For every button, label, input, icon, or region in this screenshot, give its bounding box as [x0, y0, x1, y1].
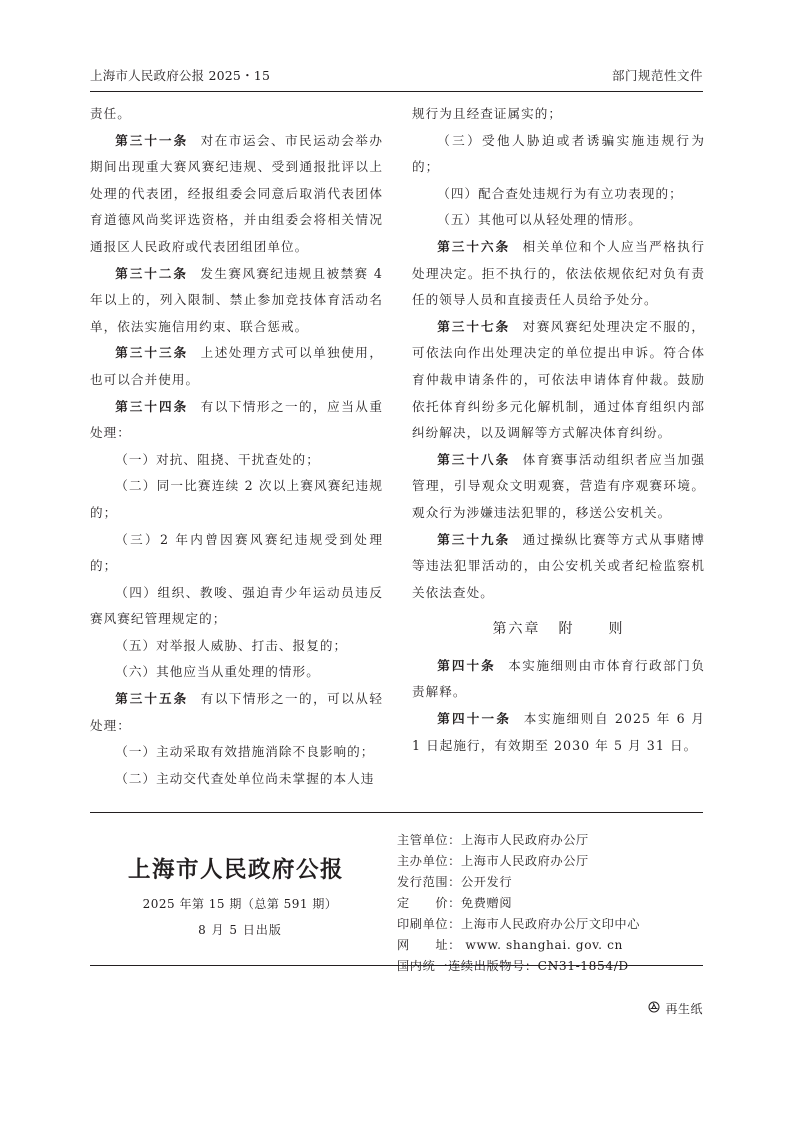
info-value[interactable]: www. shanghai. gov. cn — [461, 938, 623, 952]
article-label: 第三十二条 — [115, 266, 188, 281]
info-key: 国内统一连续出版物号 — [397, 959, 525, 973]
article-label: 第三十八条 — [437, 452, 510, 467]
masthead: 上海市人民政府公报 2025 年第 15 期（总第 591 期） 8 月 5 日… — [90, 855, 390, 938]
info-row: 印刷单位：上海市人民政府办公厅文印中心 — [397, 914, 707, 935]
list-item: （四）组织、教唆、强迫青少年运动员违反赛风赛纪管理规定的； — [90, 580, 383, 633]
paragraph-continuation: 责任。 — [90, 101, 383, 128]
article-label: 第四十条 — [437, 658, 496, 673]
info-separator: ： — [448, 938, 461, 952]
publication-info: 主管单位：上海市人民政府办公厅主办单位：上海市人民政府办公厅发行范围：公开发行定… — [397, 830, 707, 977]
article-paragraph: 第三十三条上述处理方式可以单独使用，也可以合并使用。 — [90, 340, 383, 393]
article-paragraph: 第三十八条体育赛事活动组织者应当加强管理，引导观众文明观赛，营造有序观赛环境。观… — [412, 447, 705, 527]
paragraph-continuation: 规行为且经查证属实的； — [412, 101, 705, 128]
masthead-date: 8 月 5 日出版 — [90, 921, 390, 938]
right-column: 规行为且经查证属实的；（三）受他人胁迫或者诱骗实施违规行为的；（四）配合查处违规… — [412, 101, 705, 759]
article-label: 第三十六条 — [437, 239, 510, 254]
list-item: （二）同一比赛连续 2 次以上赛风赛纪违规的； — [90, 473, 383, 526]
article-paragraph: 第四十条本实施细则由市体育行政部门负责解释。 — [412, 653, 705, 706]
chapter-title-part: 则 — [609, 621, 625, 637]
list-item: （六）其他应当从重处理的情形。 — [90, 659, 383, 686]
article-label: 第三十五条 — [115, 691, 188, 706]
info-key: 网 址 — [397, 938, 448, 952]
info-row: 网 址： www. shanghai. gov. cn — [397, 935, 707, 956]
recycled-paper-note: 再生纸 — [648, 1000, 703, 1017]
info-value: 上海市人民政府办公厅文印中心 — [461, 917, 640, 931]
info-row: 主办单位：上海市人民政府办公厅 — [397, 851, 707, 872]
info-key: 印刷单位 — [397, 917, 448, 931]
list-item: （五）对举报人威胁、打击、报复的； — [90, 633, 383, 660]
info-key: 主办单位 — [397, 854, 448, 868]
info-separator: ： — [448, 917, 461, 931]
info-separator: ： — [448, 875, 461, 889]
article-label: 第三十九条 — [437, 532, 510, 547]
list-item: （五）其他可以从轻处理的情形。 — [412, 207, 705, 234]
info-value: CN31-1854/D — [538, 959, 629, 973]
list-item: （一）主动采取有效措施消除不良影响的； — [90, 739, 383, 766]
article-paragraph: 第三十五条有以下情形之一的，可以从轻处理： — [90, 686, 383, 739]
info-value: 上海市人民政府办公厅 — [461, 833, 589, 847]
chapter-title-part: 附 — [559, 621, 575, 637]
footer-bottom-rule — [90, 965, 703, 966]
list-item: （二）主动交代查处单位尚未掌握的本人违 — [90, 766, 383, 793]
article-label: 第三十四条 — [115, 399, 188, 414]
masthead-title: 上海市人民政府公报 — [82, 855, 390, 885]
info-separator: ： — [448, 854, 461, 868]
footer-top-rule — [90, 812, 703, 813]
article-paragraph: 第三十一条对在市运会、市民运动会举办期间出现重大赛风赛纪违规、受到通报批评以上处… — [90, 128, 383, 261]
article-paragraph: 第三十六条相关单位和个人应当严格执行处理决定。拒不执行的，依法依规依纪对负有责任… — [412, 234, 705, 314]
article-label: 第三十三条 — [115, 345, 188, 360]
info-row: 发行范围：公开发行 — [397, 872, 707, 893]
info-separator: ： — [448, 896, 461, 910]
article-label: 第三十一条 — [115, 133, 188, 148]
chapter-number: 第六章 — [493, 621, 541, 637]
info-separator: ： — [448, 833, 461, 847]
left-column: 责任。第三十一条对在市运会、市民运动会举办期间出现重大赛风赛纪违规、受到通报批评… — [90, 101, 383, 792]
article-paragraph: 第三十二条发生赛风赛纪违规且被禁赛 4 年以上的，列入限制、禁止参加竞技体育活动… — [90, 261, 383, 341]
article-text: 对在市运会、市民运动会举办期间出现重大赛风赛纪违规、受到通报批评以上处理的代表团… — [90, 133, 383, 254]
info-row: 国内统一连续出版物号：CN31-1854/D — [397, 956, 707, 977]
list-item: （三）2 年内曾因赛风赛纪违规受到处理的； — [90, 527, 383, 580]
running-header: 上海市人民政府公报 2025・15 部门规范性文件 — [90, 66, 703, 86]
journal-issue-header: 上海市人民政府公报 2025・15 — [90, 66, 270, 86]
article-text: 对赛风赛纪处理决定不服的，可依法向作出处理决定的单位提出申诉。符合体育仲裁申请条… — [412, 319, 705, 440]
info-value: 公开发行 — [461, 875, 512, 889]
article-paragraph: 第三十七条对赛风赛纪处理决定不服的，可依法向作出处理决定的单位提出申诉。符合体育… — [412, 314, 705, 447]
article-paragraph: 第三十四条有以下情形之一的，应当从重处理： — [90, 394, 383, 447]
header-rule — [90, 91, 703, 92]
info-value: 免费赠阅 — [461, 896, 512, 910]
list-item: （三）受他人胁迫或者诱骗实施违规行为的； — [412, 128, 705, 181]
info-value: 上海市人民政府办公厅 — [461, 854, 589, 868]
section-header: 部门规范性文件 — [612, 66, 703, 86]
list-item: （一）对抗、阻挠、干扰查处的； — [90, 447, 383, 474]
article-label: 第四十一条 — [437, 711, 511, 726]
info-separator: ： — [525, 959, 538, 973]
article-label: 第三十七条 — [437, 319, 510, 334]
info-row: 定 价：免费赠阅 — [397, 893, 707, 914]
info-row: 主管单位：上海市人民政府办公厅 — [397, 830, 707, 851]
article-paragraph: 第四十一条本实施细则自 2025 年 6 月 1 日起施行，有效期至 2030 … — [412, 706, 705, 759]
masthead-issue: 2025 年第 15 期（总第 591 期） — [90, 895, 390, 912]
article-paragraph: 第三十九条通过操纵比赛等方式从事赌博等违法犯罪活动的，由公安机关或者纪检监察机关… — [412, 527, 705, 607]
list-item: （四）配合查处违规行为有立功表现的； — [412, 181, 705, 208]
info-key: 定 价 — [397, 896, 448, 910]
recycle-label: 再生纸 — [665, 1000, 703, 1017]
recycle-icon — [648, 1001, 660, 1016]
info-key: 发行范围 — [397, 875, 448, 889]
info-key: 主管单位 — [397, 833, 448, 847]
chapter-heading: 第六章附则 — [412, 616, 705, 643]
